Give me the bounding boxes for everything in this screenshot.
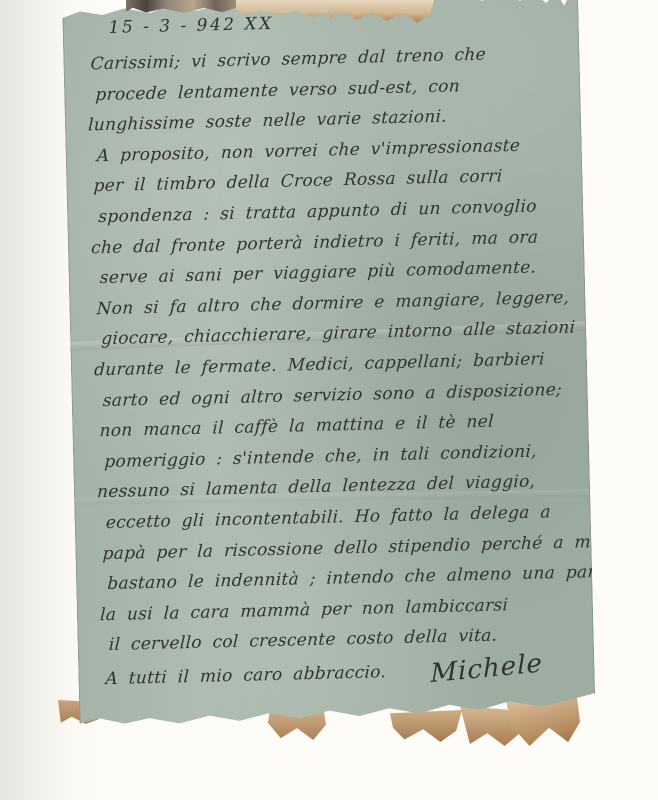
handwritten-text: 15 - 3 - 942 XX Carissimi; vi scrivo sem… xyxy=(62,0,595,692)
closing-text: A tutti il mio caro abbraccio. xyxy=(105,662,387,689)
torn-fragment-top-left xyxy=(126,0,238,13)
scanned-letter: 15 - 3 - 942 XX Carissimi; vi scrivo sem… xyxy=(0,0,658,800)
torn-fragment-bottom-mid2 xyxy=(390,710,462,742)
signature: Michele xyxy=(430,648,543,689)
letter-paper: 15 - 3 - 942 XX Carissimi; vi scrivo sem… xyxy=(62,0,596,728)
